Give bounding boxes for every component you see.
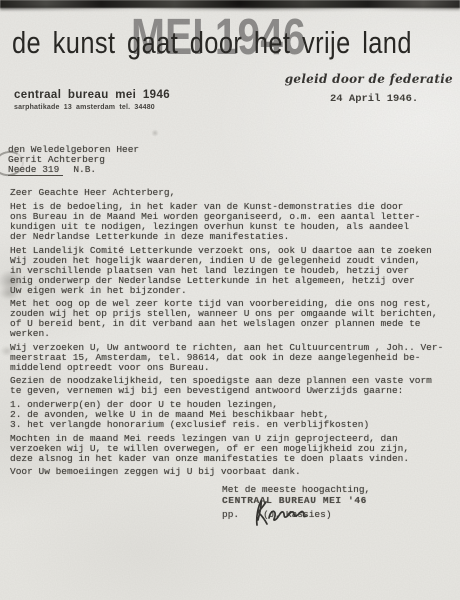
numbered-list: 1. onderwerp(en) der door U te houden le… — [10, 400, 454, 430]
scan-edge-shadow — [0, 0, 460, 8]
pp-label: pp. — [222, 509, 239, 520]
letterhead-tagline: geleid door de federatie — [285, 72, 453, 86]
signature-scrawl — [250, 499, 314, 527]
recipient-region: N.B. — [73, 164, 96, 175]
letter-page: MEI 1946 de kunst gaat door het vrije la… — [0, 0, 460, 600]
valediction: Met de meeste hoogachting, — [222, 484, 454, 495]
body-paragraph: Het is de bedoeling, in het kader van de… — [10, 202, 454, 242]
body-paragraph: Mochten in de maand Mei reeds lezingen v… — [10, 434, 454, 464]
signature-line: pp.(J. Kassies) — [222, 508, 454, 522]
bureau-address: sarphatikade 13 amsterdam tel. 34480 — [14, 104, 155, 111]
body-paragraph: Voor Uw bemoeiingen zeggen wij U bij voo… — [10, 467, 454, 477]
body-paragraph: Wij verzoeken U, Uw antwoord te richten,… — [10, 343, 454, 373]
closing-block: Met de meeste hoogachting, CENTRAAL BURE… — [222, 484, 454, 522]
body-paragraph: Met het oog op de wel zeer korte tijd va… — [10, 299, 454, 339]
recipient-block: den Weledelgeboren Heer Gerrit Achterber… — [8, 145, 454, 175]
bureau-name: centraal bureau mei 1946 — [14, 89, 170, 101]
salutation: Zeer Geachte Heer Achterberg, — [10, 188, 454, 198]
letterhead-slogan: de kunst gaat door het vrije land — [12, 27, 412, 59]
letter-date: 24 April 1946. — [330, 93, 418, 105]
body-paragraph: Het Landelijk Comité Letterkunde verzoek… — [10, 246, 454, 296]
ink-smudge — [150, 128, 160, 138]
body-paragraph: Gezien de noodzakelijkheid, ten spoedigs… — [10, 376, 454, 396]
letter-body: den Weledelgeboren Heer Gerrit Achterber… — [8, 145, 454, 522]
recipient-line-3: Neede 319N.B. — [8, 165, 454, 175]
